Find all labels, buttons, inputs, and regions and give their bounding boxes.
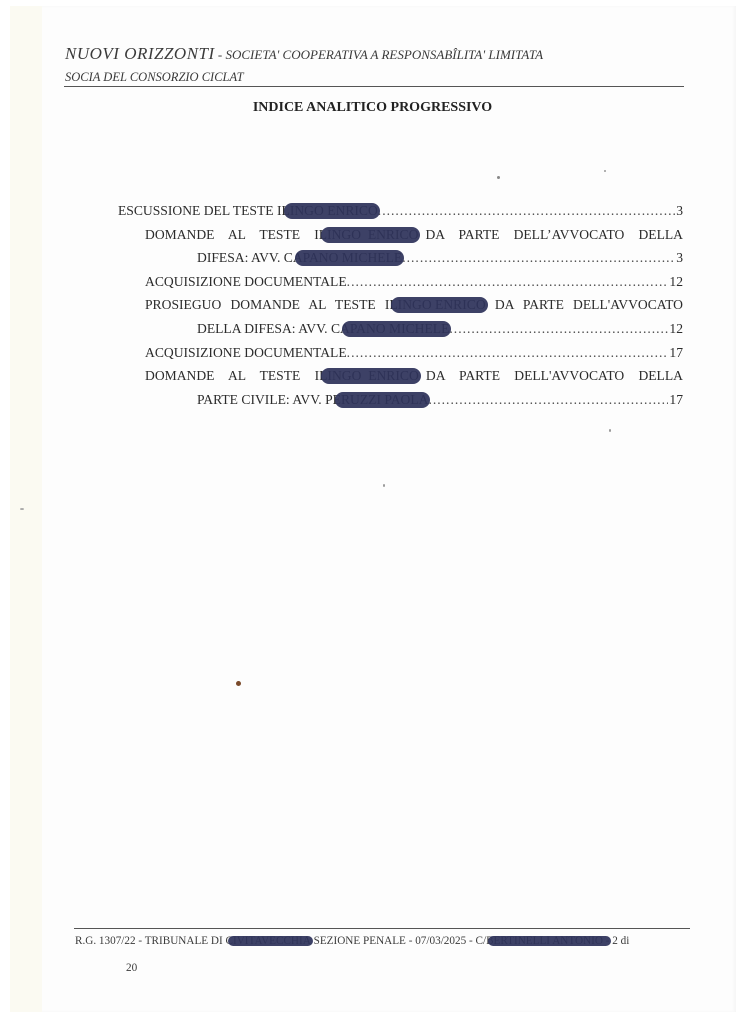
toc-entry-line: PARTE CIVILE: AVV. PERUZZI PAOLA17 (197, 391, 683, 409)
footer-text-1: R.G. 1307/22 - TRIBUNALE DI (75, 935, 226, 947)
dot-leader (347, 273, 669, 291)
dot-leader (347, 344, 669, 362)
dot-leader (449, 320, 668, 338)
toc-text: DIFESA: AVV. C (197, 250, 293, 265)
redacted-name: LINGO ENRICO (319, 226, 419, 244)
toc-page-number: 17 (668, 391, 683, 409)
footer-reference: R.G. 1307/22 - TRIBUNALE DI CIVITAVECCHI… (75, 935, 629, 947)
toc-entry-line: ACQUISIZIONE DOCUMENTALE17 (145, 344, 683, 362)
redacted-name: APANO MICHELE (293, 249, 402, 267)
toc-page-number: 3 (675, 202, 683, 220)
header-rule (64, 86, 684, 87)
redacted-name: ERUZZI PAOLA (333, 391, 429, 409)
redacted-name: LINGO ENRICO (282, 202, 378, 220)
toc-entry-line: DELLA DIFESA: AVV. CAPANO MICHELE12 (197, 320, 683, 338)
toc-entry-text: ESCUSSIONE DEL TESTE ILINGO ENRICO (118, 202, 378, 220)
letterhead-subtitle: SOCIA DEL CONSORZIO CICLAT (65, 70, 244, 85)
footer-total-pages: 20 (126, 962, 137, 974)
dot-leader (378, 202, 675, 220)
toc-text: ACQUISIZIONE DOCUMENTALE (145, 345, 347, 360)
toc-page-number: 12 (668, 320, 683, 338)
redacted-name: APANO MICHELE (340, 320, 449, 338)
redacted-defendant-name: BERTINELLI ANTONIO - (486, 935, 609, 947)
footer-rule (74, 928, 690, 929)
scan-speck (20, 508, 24, 510)
redacted-name: LINGO ENRICO (389, 296, 485, 314)
company-description: - SOCIETA' COOPERATIVA A RESPONSABÎLITA'… (215, 47, 543, 62)
toc-text: DELLA DIFESA: AVV. C (197, 321, 340, 336)
toc-text: PROSIEGUO DOMANDE AL TESTE I (145, 297, 389, 312)
scan-speck (383, 484, 385, 487)
toc-entry-line: ACQUISIZIONE DOCUMENTALE12 (145, 273, 683, 291)
toc-entry-line: DOMANDE AL TESTE ILINGO ENRICO DA PARTE … (145, 226, 683, 244)
toc-entry-text: DOMANDE AL TESTE ILINGO ENRICO DA PARTE … (145, 226, 683, 244)
company-name: NUOVI ORIZZONTI (65, 44, 215, 63)
toc-text: DA PARTE DELL’AVVOCATO DELLA (418, 227, 683, 242)
toc-page-number: 3 (675, 249, 683, 267)
toc-text: DOMANDE AL TESTE I (145, 227, 319, 242)
dot-leader (402, 249, 675, 267)
scan-speck (604, 170, 606, 172)
footer-text-2: SEZIONE PENALE - 07/03/2025 - C/ (311, 935, 486, 947)
redacted-name: LINGO ENRICO (319, 367, 419, 385)
toc-entry-text: ACQUISIZIONE DOCUMENTALE (145, 344, 347, 362)
scan-speck (497, 176, 500, 179)
toc-entry-line: DOMANDE AL TESTE ILINGO ENRICO DA PARTE … (145, 367, 683, 385)
scan-speck (609, 429, 611, 432)
toc-entry-text: PARTE CIVILE: AVV. PERUZZI PAOLA (197, 391, 428, 409)
toc-page-number: 12 (668, 273, 683, 291)
letterhead-title: NUOVI ORIZZONTI - SOCIETA' COOPERATIVA A… (65, 44, 543, 64)
toc-entry-text: DELLA DIFESA: AVV. CAPANO MICHELE (197, 320, 449, 338)
dot-leader (428, 391, 668, 409)
toc-text: DA PARTE DELL'AVVOCATO (486, 297, 683, 312)
toc-text: DA PARTE DELL'AVVOCATO DELLA (419, 368, 683, 383)
toc-entry-text: DIFESA: AVV. CAPANO MICHELE (197, 249, 402, 267)
toc-text: ACQUISIZIONE DOCUMENTALE (145, 274, 347, 289)
scan-edge (10, 6, 44, 1012)
toc-entry-line: DIFESA: AVV. CAPANO MICHELE3 (197, 249, 683, 267)
redacted-court-name: CIVITAVECCHIA (226, 935, 311, 947)
scan-speck (236, 681, 241, 686)
toc-page-number: 17 (668, 344, 683, 362)
toc-text: DOMANDE AL TESTE I (145, 368, 319, 383)
toc-text: ESCUSSIONE DEL TESTE I (118, 203, 282, 218)
footer-page-of: 2 di (609, 935, 629, 947)
document-page (42, 6, 736, 1012)
document-title: INDICE ANALITICO PROGRESSIVO (0, 100, 745, 116)
toc-entry-text: DOMANDE AL TESTE ILINGO ENRICO DA PARTE … (145, 367, 683, 385)
toc-entry-line: PROSIEGUO DOMANDE AL TESTE ILINGO ENRICO… (145, 296, 683, 314)
toc-text: PARTE CIVILE: AVV. P (197, 392, 333, 407)
toc-entry-text: ACQUISIZIONE DOCUMENTALE (145, 273, 347, 291)
toc-entry-line: ESCUSSIONE DEL TESTE ILINGO ENRICO3 (118, 202, 683, 220)
toc-entry-text: PROSIEGUO DOMANDE AL TESTE ILINGO ENRICO… (145, 296, 683, 314)
